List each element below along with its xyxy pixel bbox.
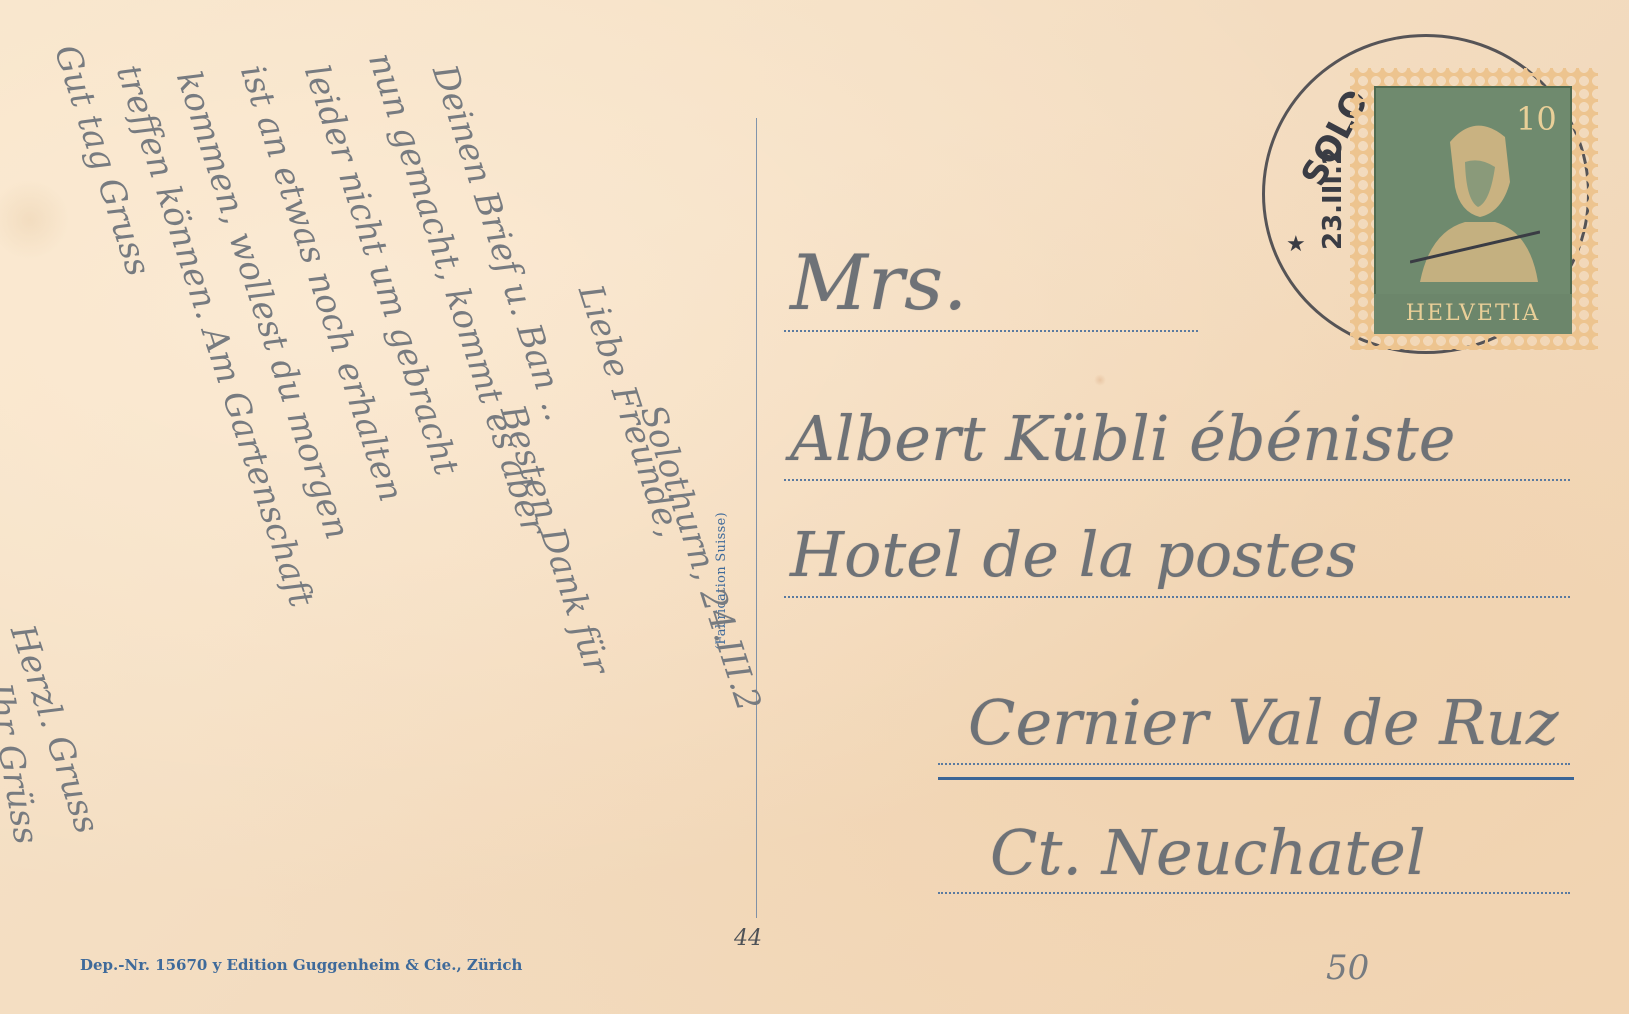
postmark-date: 23.III.2 [1318,147,1348,250]
address-salutation: Mrs. [790,238,967,327]
address-town: Cernier Val de Ruz [968,686,1559,759]
pencil-note-price: 50 [1326,948,1369,988]
address-line-3 [784,596,1570,598]
pencil-note: 44 [734,926,762,951]
postmark-star-icon: ★ [1286,232,1306,257]
address-hotel: Hotel de la postes [790,518,1357,591]
publisher-imprint: Dep.-Nr. 15670 y Edition Guggenheim & Ci… [80,956,522,974]
center-divider-line [756,118,757,918]
address-line-5 [938,892,1570,894]
stamp-country: HELVETIA [1374,294,1572,334]
address-canton: Ct. Neuchatel [990,816,1426,889]
address-line-4 [938,763,1570,765]
address-underline [938,777,1574,780]
address-name: Albert Kübli ébéniste [790,402,1455,475]
stamp-value: 10 [1516,100,1557,138]
address-line-2 [784,479,1570,481]
postcard-back: (Fabrication Suisse) Dep.-Nr. 15670 y Ed… [0,0,1629,1014]
address-line-1 [784,330,1198,332]
